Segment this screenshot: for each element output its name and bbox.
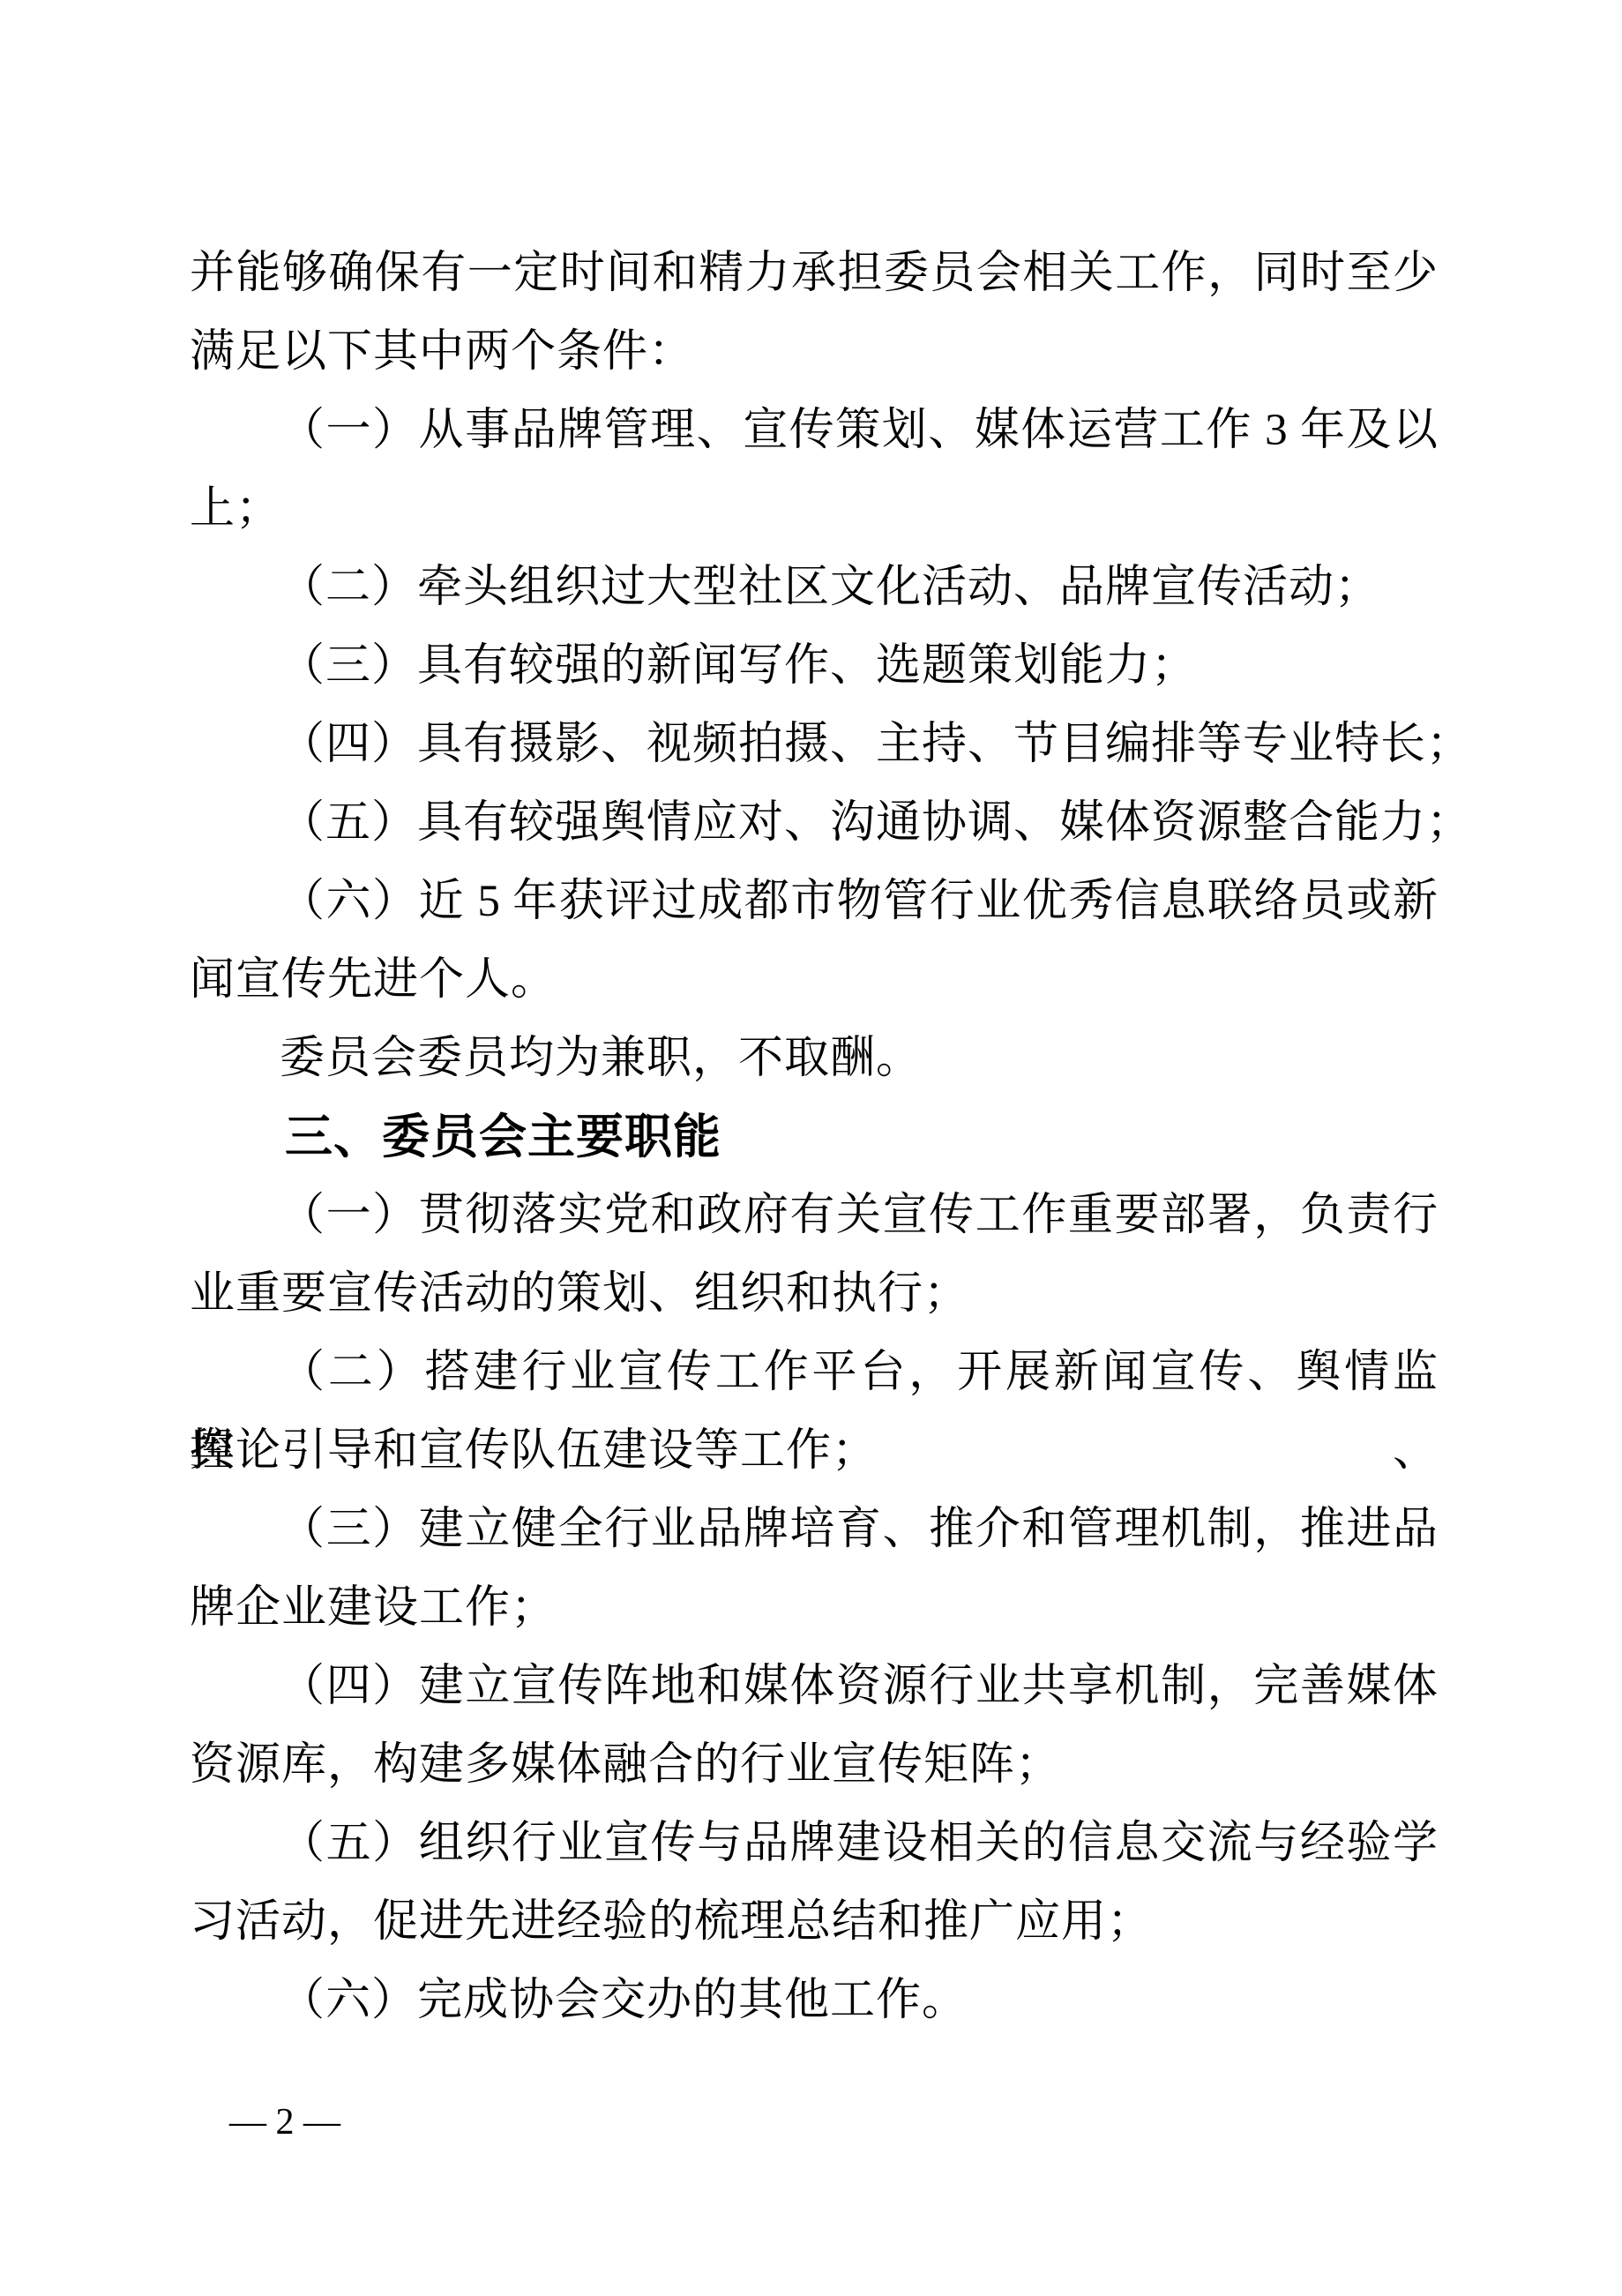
document-page: 并能够确保有一定时间和精力承担委员会相关工作，同时至少满足以下其中两个条件：（一… — [0, 0, 1622, 2296]
text-line: （六）近 5 年获评过成都市物管行业优秀信息联络员或新 — [190, 863, 1438, 941]
text-line: 并能够确保有一定时间和精力承担委员会相关工作，同时至少 — [190, 235, 1438, 313]
text-line: （一）从事品牌管理、宣传策划、媒体运营工作 3 年及以 — [190, 392, 1438, 470]
text-line: 资源库，构建多媒体融合的行业宣传矩阵； — [190, 1726, 1438, 1805]
text-line: 满足以下其中两个条件： — [190, 313, 1438, 392]
text-line: （四）具有摄影、视频拍摄、主持、节目编排等专业特长； — [190, 706, 1438, 784]
text-line: 业重要宣传活动的策划、组织和执行； — [190, 1255, 1438, 1334]
text-line: （一）贯彻落实党和政府有关宣传工作重要部署，负责行 — [190, 1177, 1438, 1255]
text-line: 上； — [190, 470, 1438, 549]
lines-container: 并能够确保有一定时间和精力承担委员会相关工作，同时至少满足以下其中两个条件：（一… — [190, 235, 1438, 2040]
text-line: 委员会委员均为兼职，不取酬。 — [190, 1020, 1438, 1098]
text-line: （三）建立健全行业品牌培育、推介和管理机制，推进品 — [190, 1491, 1438, 1569]
text-line: （三）具有较强的新闻写作、选题策划能力； — [190, 627, 1438, 706]
text-line: （五）组织行业宣传与品牌建设相关的信息交流与经验学 — [190, 1805, 1438, 1883]
text-line: （六）完成协会交办的其他工作。 — [190, 1962, 1438, 2040]
text-line: 闻宣传先进个人。 — [190, 941, 1438, 1020]
text-line: 牌企业建设工作； — [190, 1569, 1438, 1648]
page-number: — 2 — — [190, 2100, 1438, 2144]
text-line: （二）牵头组织过大型社区文化活动、品牌宣传活动； — [190, 549, 1438, 627]
text-line: 习活动，促进先进经验的梳理总结和推广应用； — [190, 1883, 1438, 1962]
text-line: （五）具有较强舆情应对、沟通协调、媒体资源整合能力； — [190, 784, 1438, 863]
text-line: （四）建立宣传阵地和媒体资源行业共享机制，完善媒体 — [190, 1648, 1438, 1726]
text-line: （二）搭建行业宣传工作平台，开展新闻宣传、舆情监控、 — [190, 1334, 1438, 1412]
section-heading: 三、委员会主要职能 — [190, 1098, 1438, 1177]
